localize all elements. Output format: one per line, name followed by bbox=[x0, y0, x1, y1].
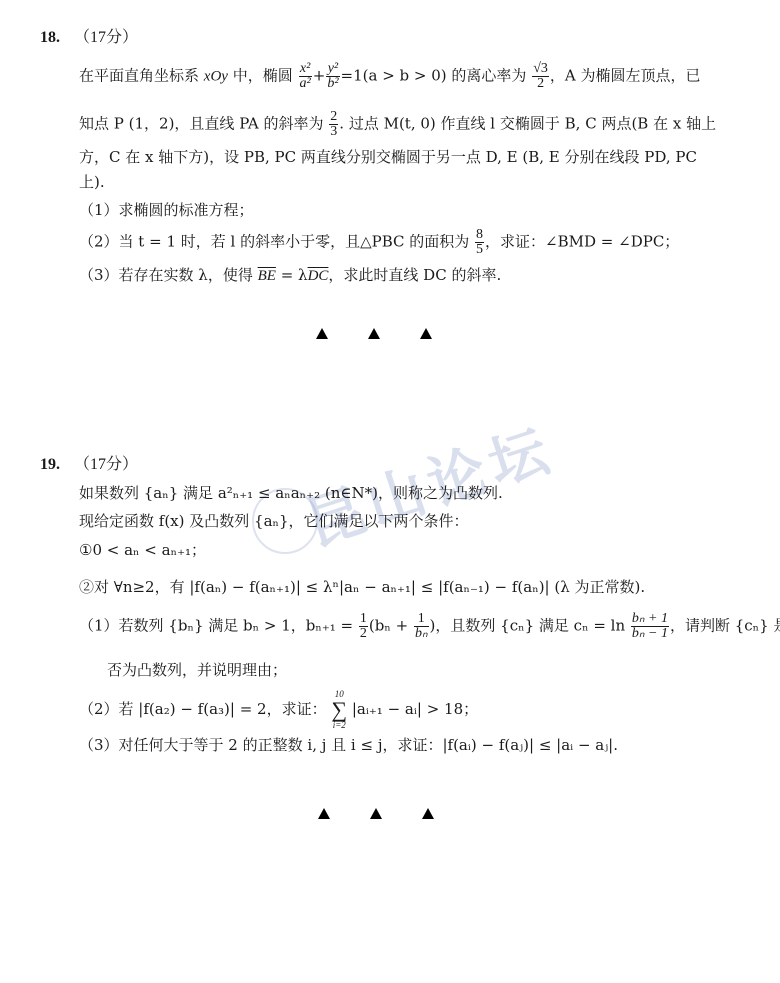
triangle-icon bbox=[368, 328, 380, 339]
q18-part1: （1）求椭圆的标准方程； bbox=[79, 200, 254, 220]
q19-end-marker bbox=[318, 808, 434, 819]
q19-part2: （2）若 |f(a₂) − f(a₃)| = 2，求证： 10 ∑ i=2 |a… bbox=[79, 690, 478, 730]
q19-condition2: ②对 ∀n≥2，有 |f(aₙ) − f(aₙ₊₁)| ≤ λⁿ|aₙ − aₙ… bbox=[79, 577, 645, 597]
q18-score: （17分） bbox=[74, 29, 138, 46]
triangle-icon bbox=[318, 808, 330, 819]
triangle-icon bbox=[420, 328, 432, 339]
triangle-icon bbox=[370, 808, 382, 819]
ellipse-y-term: y²b² bbox=[326, 62, 339, 91]
vector-be: BE bbox=[258, 268, 276, 284]
slope-fraction: 23 bbox=[329, 110, 338, 139]
q19-part1-continued: 否为凸数列，并说明理由； bbox=[107, 660, 287, 680]
summation: 10 ∑ i=2 bbox=[331, 690, 347, 730]
watermark: 昆山论坛 bbox=[293, 402, 562, 561]
q18-part2: （2）当 t = 1 时，若 l 的斜率小于零，且△PBC 的面积为 85，求证… bbox=[79, 228, 679, 257]
q18-stem-line4: 上). bbox=[79, 172, 105, 192]
q19-score: （17分） bbox=[74, 456, 138, 473]
q19-definition: 如果数列 {aₙ} 满足 a²ₙ₊₁ ≤ aₙaₙ₊₂ (n∈N*)，则称之为凸… bbox=[79, 483, 503, 503]
q18-stem-line3: 方，C 在 x 轴下方)，设 PB, PC 两直线分别交椭圆于另一点 D, E … bbox=[79, 147, 697, 167]
q19-given: 现给定函数 f(x) 及凸数列 {aₙ}，它们满足以下两个条件： bbox=[79, 511, 469, 531]
area-fraction: 85 bbox=[475, 228, 484, 257]
q19-condition1: ①0 < aₙ < aₙ₊₁； bbox=[79, 540, 206, 560]
triangle-icon bbox=[422, 808, 434, 819]
q19-part1: （1）若数列 {bₙ} 满足 bₙ > 1，bₙ₊₁ = 12(bₙ + 1bₙ… bbox=[79, 612, 780, 641]
q18-stem-line2: 知点 P (1，2)，且直线 PA 的斜率为 23. 过点 M(t, 0) 作直… bbox=[79, 110, 716, 139]
q18-stem-line1: 在平面直角坐标系 xOy 中，椭圆 x²a²+y²b²=1(a > b > 0)… bbox=[79, 62, 701, 91]
q18-end-marker bbox=[316, 328, 432, 339]
vector-dc: DC bbox=[308, 268, 329, 284]
ellipse-x-term: x²a² bbox=[299, 62, 312, 91]
eccentricity-fraction: √32 bbox=[532, 62, 549, 91]
q18-part3: （3）若存在实数 λ，使得 BE = λDC，求此时直线 DC 的斜率. bbox=[79, 265, 501, 286]
triangle-icon bbox=[316, 328, 328, 339]
q19-part3: （3）对任何大于等于 2 的正整数 i, j 且 i ≤ j，求证：|f(aᵢ)… bbox=[79, 735, 618, 755]
q19-number: 19. （17分） bbox=[40, 451, 138, 474]
q18-number: 18. （17分） bbox=[40, 24, 138, 47]
